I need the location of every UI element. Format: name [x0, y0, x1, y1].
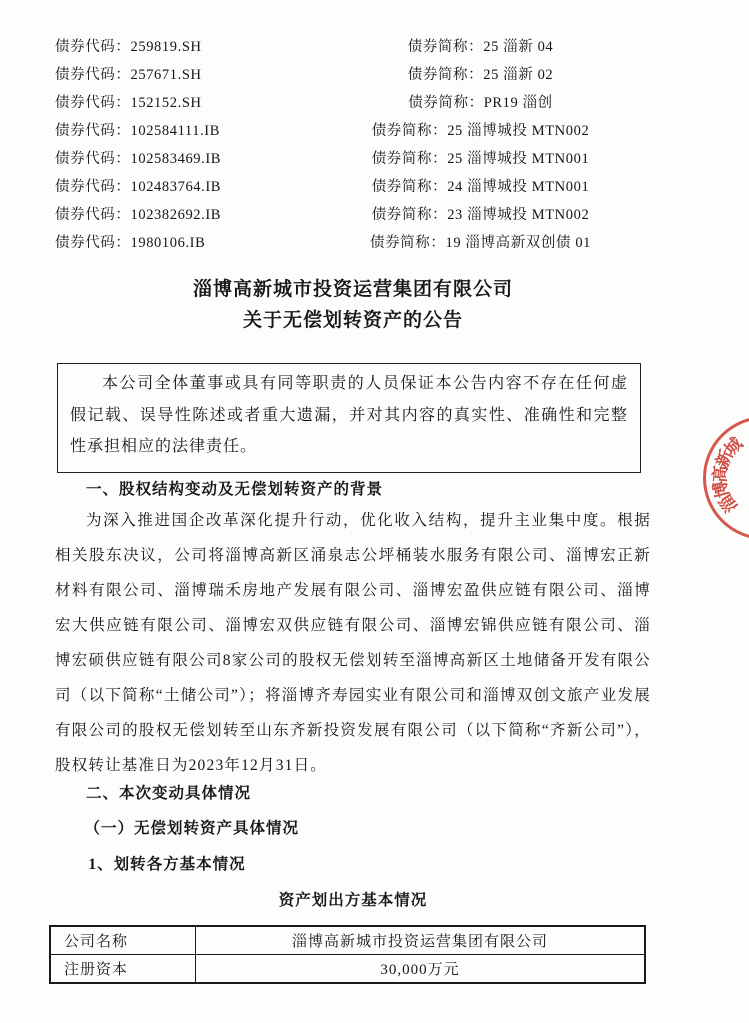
bond-code: 债券代码：102382692.IB	[55, 201, 310, 229]
table-row: 公司名称 淄博高新城市投资运营集团有限公司	[50, 926, 645, 955]
bond-abbr-value: PR19 淄创	[484, 95, 553, 111]
bond-abbr-label: 债券简称：	[372, 179, 448, 195]
disclaimer-box: 本公司全体董事或具有同等职责的人员保证本公告内容不存在任何虚假记载、误导性陈述或…	[57, 363, 641, 473]
bond-code-label: 债券代码：	[55, 151, 131, 167]
bond-row: 债券代码：152152.SH 债券简称：PR19 淄创	[55, 89, 651, 117]
bond-code-value: 102483764.IB	[131, 179, 222, 195]
bond-code-value: 257671.SH	[131, 67, 202, 83]
seal-char: 高	[711, 464, 731, 484]
bond-code: 债券代码：1980106.IB	[55, 229, 310, 257]
seal-char: 城	[721, 434, 746, 459]
bond-row: 债券代码：102583469.IB 债券简称：25 淄博城投 MTN001	[55, 145, 651, 173]
page-title-line2: 关于无偿划转资产的公告	[55, 305, 651, 336]
bond-abbr: 债券简称：25 淄博城投 MTN002	[310, 117, 651, 145]
bond-row: 债券代码：102382692.IB 债券简称：23 淄博城投 MTN002	[55, 201, 651, 229]
bond-abbr-label: 债券简称：	[408, 95, 484, 111]
bond-abbr-value: 19 淄博高新双创债 01	[445, 235, 591, 251]
bond-code: 债券代码：152152.SH	[55, 89, 310, 117]
asset-transferor-table: 公司名称 淄博高新城市投资运营集团有限公司 注册资本 30,000万元	[49, 925, 646, 984]
row-value-cell: 淄博高新城市投资运营集团有限公司	[196, 926, 646, 955]
bond-abbr-label: 债券简称：	[372, 123, 448, 139]
page-title: 淄博高新城市投资运营集团有限公司 关于无偿划转资产的公告	[55, 274, 651, 336]
bond-code-value: 102584111.IB	[131, 123, 221, 139]
page-title-line1: 淄博高新城市投资运营集团有限公司	[55, 274, 651, 305]
bond-code-label: 债券代码：	[55, 95, 131, 111]
bond-abbr-label: 债券简称：	[408, 67, 484, 83]
row-label-cell: 公司名称	[50, 926, 196, 955]
official-seal: 淄 博 高 新 城	[703, 416, 749, 540]
bond-code: 债券代码：257671.SH	[55, 61, 310, 89]
bond-abbr-label: 债券简称：	[372, 207, 448, 223]
bond-abbr-value: 25 淄博城投 MTN002	[447, 123, 589, 139]
section-2-heading: 二、本次变动具体情况	[55, 779, 651, 809]
table-title: 资产划出方基本情况	[55, 888, 651, 910]
bond-code-label: 债券代码：	[55, 235, 131, 251]
announcement-page: 债券代码：259819.SH 债券简称：25 淄新 04 债券代码：257671…	[0, 0, 749, 1023]
bond-row: 债券代码：257671.SH 债券简称：25 淄新 02	[55, 61, 651, 89]
section-1-heading: 一、股权结构变动及无偿划转资产的背景	[55, 475, 651, 505]
bond-row: 债券代码：102483764.IB 债券简称：24 淄博城投 MTN001	[55, 173, 651, 201]
bond-code-label: 债券代码：	[55, 39, 131, 55]
bond-abbr: 债券简称：19 淄博高新双创债 01	[310, 229, 651, 257]
bond-abbr: 债券简称：24 淄博城投 MTN001	[310, 173, 651, 201]
bond-abbr: 债券简称：25 淄新 04	[310, 33, 651, 61]
bond-code-value: 152152.SH	[131, 95, 202, 111]
bond-code: 债券代码：259819.SH	[55, 33, 310, 61]
seal-char: 博	[711, 478, 733, 500]
seal-char: 淄	[716, 490, 741, 515]
bond-abbr-value: 25 淄博城投 MTN001	[447, 151, 589, 167]
row-label-cell: 注册资本	[50, 955, 196, 984]
bond-row: 债券代码：102584111.IB 债券简称：25 淄博城投 MTN002	[55, 117, 651, 145]
bond-code-value: 102583469.IB	[131, 151, 222, 167]
bond-list: 债券代码：259819.SH 债券简称：25 淄新 04 债券代码：257671…	[55, 33, 651, 257]
bond-abbr-value: 24 淄博城投 MTN001	[447, 179, 589, 195]
bond-abbr-label: 债券简称：	[408, 39, 484, 55]
bond-code-value: 1980106.IB	[131, 235, 206, 251]
bond-code-label: 债券代码：	[55, 207, 131, 223]
bond-code-value: 102382692.IB	[131, 207, 222, 223]
table-row: 注册资本 30,000万元	[50, 955, 645, 984]
bond-code-label: 债券代码：	[55, 67, 131, 83]
bond-code-label: 债券代码：	[55, 179, 131, 195]
bond-code-label: 债券代码：	[55, 123, 131, 139]
bond-abbr-value: 23 淄博城投 MTN002	[447, 207, 589, 223]
seal-ring-icon	[703, 416, 749, 540]
bond-code: 债券代码：102584111.IB	[55, 117, 310, 145]
bond-code: 债券代码：102483764.IB	[55, 173, 310, 201]
bond-abbr: 债券简称：23 淄博城投 MTN002	[310, 201, 651, 229]
bond-code: 债券代码：102583469.IB	[55, 145, 310, 173]
bond-row: 债券代码：1980106.IB 债券简称：19 淄博高新双创债 01	[55, 229, 651, 257]
bond-abbr: 债券简称：PR19 淄创	[310, 89, 651, 117]
section-1-paragraph: 为深入推进国企改革深化提升行动，优化收入结构，提升主业集中度。根据相关股东决议，…	[55, 503, 651, 783]
row-value-cell: 30,000万元	[196, 955, 646, 984]
bond-abbr-label: 债券简称：	[370, 235, 446, 251]
bond-abbr-value: 25 淄新 02	[483, 67, 553, 83]
seal-char: 新	[713, 447, 737, 471]
bond-abbr-label: 债券简称：	[372, 151, 448, 167]
section-2-item-heading: 1、划转各方基本情况	[55, 850, 651, 880]
bond-code-value: 259819.SH	[131, 39, 202, 55]
disclaimer-text: 本公司全体董事或具有同等职责的人员保证本公告内容不存在任何虚假记载、误导性陈述或…	[70, 368, 628, 463]
bond-row: 债券代码：259819.SH 债券简称：25 淄新 04	[55, 33, 651, 61]
bond-abbr-value: 25 淄新 04	[483, 39, 553, 55]
bond-abbr: 债券简称：25 淄博城投 MTN001	[310, 145, 651, 173]
section-2-sub-heading: （一）无偿划转资产具体情况	[55, 814, 651, 844]
bond-abbr: 债券简称：25 淄新 02	[310, 61, 651, 89]
